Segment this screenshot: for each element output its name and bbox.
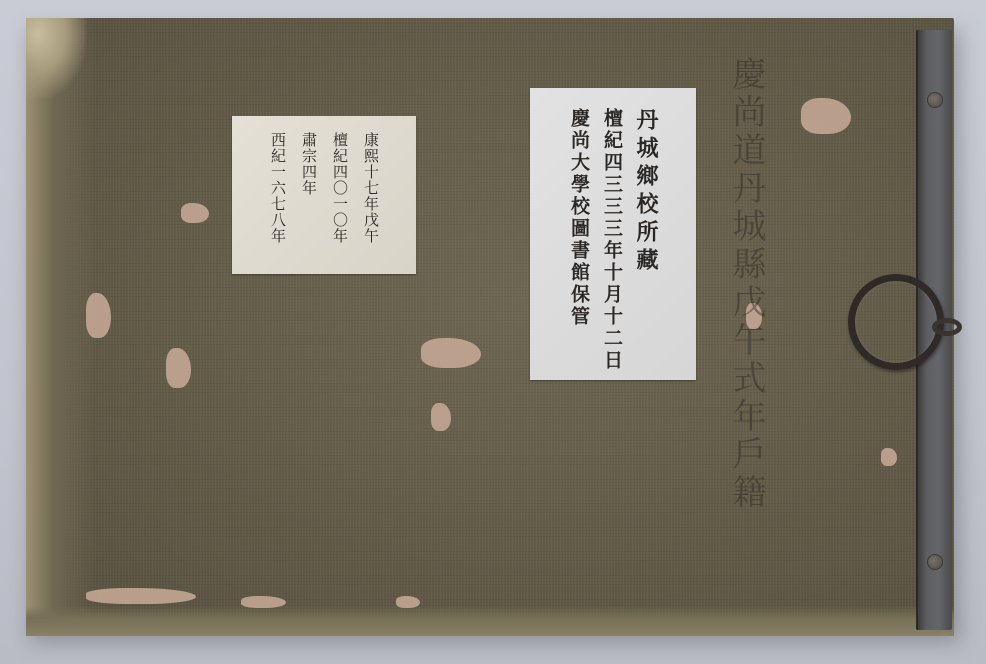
- wear-spot: [181, 203, 209, 223]
- label-right-title: 丹城鄉校所藏: [635, 108, 657, 380]
- bottom-edge: [26, 606, 954, 636]
- wear-spot: [241, 596, 286, 608]
- rivet-icon: [927, 554, 943, 570]
- label-left-col: 康熙十七年戊午: [363, 132, 378, 274]
- wear-spot: [421, 338, 481, 368]
- handwritten-inscription: 慶尚道丹城縣戊午式年戶籍: [722, 56, 771, 512]
- book-cover: [26, 18, 954, 636]
- label-right-col: 慶尚大學校圖書館保管: [569, 108, 588, 380]
- rivet-icon: [927, 92, 943, 108]
- wear-spot: [396, 596, 420, 608]
- wear-spot: [881, 448, 897, 466]
- label-left-col: 檀紀四〇一〇年: [332, 132, 347, 274]
- wear-spot: [86, 293, 111, 338]
- ring-loop: [932, 318, 962, 336]
- wear-spot: [86, 588, 196, 604]
- corner-wear: [26, 18, 86, 98]
- spine-wear: [26, 18, 96, 636]
- label-left: 康熙十七年戊午 檀紀四〇一〇年 肅宗四年 西紀一六七八年: [232, 116, 416, 274]
- label-right-col: 檀紀四三三三年十月十二日: [602, 108, 621, 380]
- wear-spot: [431, 403, 451, 431]
- wear-spot: [801, 98, 851, 134]
- label-left-col: 西紀一六七八年: [270, 132, 285, 274]
- iron-ring: [848, 274, 944, 370]
- label-right: 丹城鄉校所藏 檀紀四三三三年十月十二日 慶尚大學校圖書館保管: [530, 88, 696, 380]
- label-left-col: 肅宗四年: [301, 132, 316, 274]
- wear-spot: [166, 348, 191, 388]
